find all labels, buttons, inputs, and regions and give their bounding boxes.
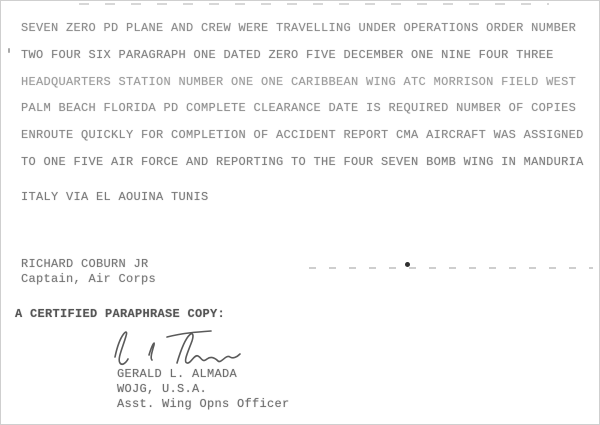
body-line: SEVEN ZERO PD PLANE AND CREW WERE TRAVEL… bbox=[21, 21, 576, 35]
body-line: TWO FOUR SIX PARAGRAPH ONE DATED ZERO FI… bbox=[21, 48, 554, 62]
body-line: TO ONE FIVE AIR FORCE AND REPORTING TO T… bbox=[21, 155, 584, 169]
scan-artifact-top-streak bbox=[79, 3, 549, 5]
ink-speck bbox=[8, 48, 10, 53]
signer2-title: Asst. Wing Opns Officer bbox=[117, 397, 290, 411]
scan-artifact-dashes bbox=[309, 267, 593, 269]
signer2-name: GERALD L. ALMADA bbox=[117, 367, 237, 381]
body-line: HEADQUARTERS STATION NUMBER ONE ONE CARI… bbox=[21, 75, 576, 89]
scanned-document-page: SEVEN ZERO PD PLANE AND CREW WERE TRAVEL… bbox=[0, 0, 600, 425]
certification-line: A CERTIFIED PARAPHRASE COPY: bbox=[15, 307, 225, 321]
signer1-title: Captain, Air Corps bbox=[21, 272, 156, 286]
ink-dot bbox=[405, 262, 410, 267]
body-line: ENROUTE QUICKLY FOR COMPLETION OF ACCIDE… bbox=[21, 128, 584, 142]
body-line: ITALY VIA EL AOUINA TUNIS bbox=[21, 190, 209, 204]
signer2-rank: WOJG, U.S.A. bbox=[117, 382, 207, 396]
body-line: PALM BEACH FLORIDA PD COMPLETE CLEARANCE… bbox=[21, 101, 576, 115]
signer1-name: RICHARD COBURN JR bbox=[21, 257, 149, 271]
